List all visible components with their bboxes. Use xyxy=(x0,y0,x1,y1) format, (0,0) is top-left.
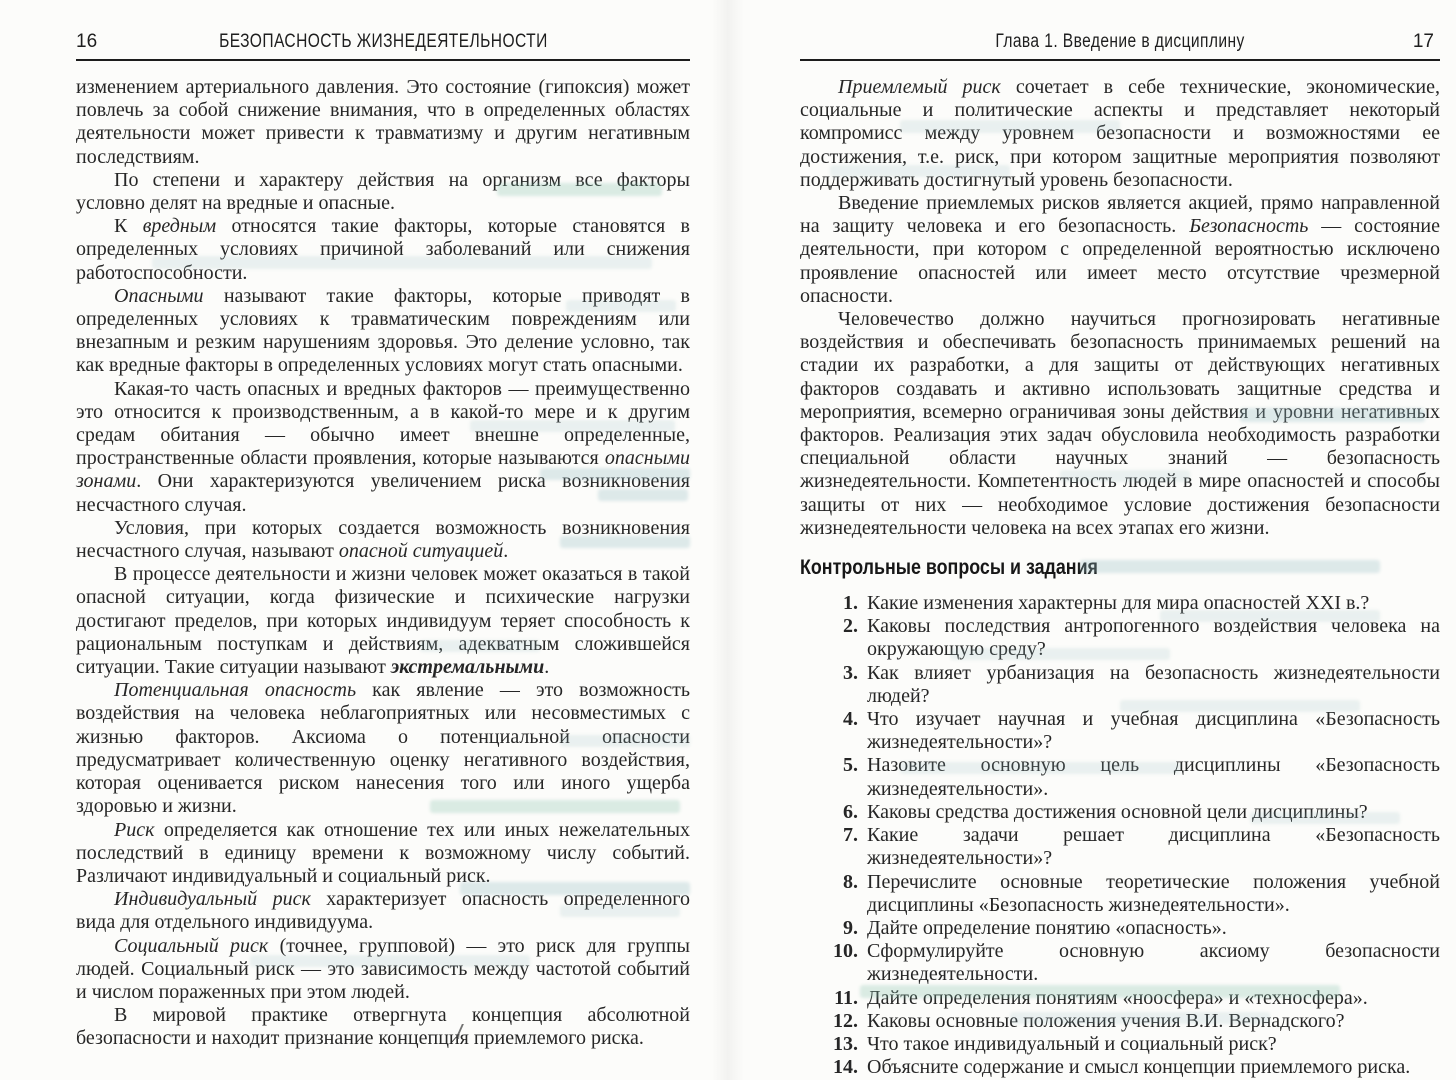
text-run: Потенциальная опасность xyxy=(114,679,356,701)
question-number: 13. xyxy=(824,1033,867,1056)
running-head-text: Глава 1. Введение в дисциплину xyxy=(995,30,1244,54)
questions-list: 1.Какие изменения характерны для мира оп… xyxy=(800,592,1440,1079)
question-text: Дайте определения понятиям «ноосфера» и … xyxy=(867,987,1440,1010)
question-item: 4.Что изучает научная и учебная дисципли… xyxy=(824,708,1440,754)
text-run: . xyxy=(503,540,508,562)
text-run: . xyxy=(544,656,549,678)
question-number: 4. xyxy=(824,708,867,754)
paragraph: Введение приемлемых рисков является акци… xyxy=(800,192,1440,308)
text-run: изменением артериального давления. Это с… xyxy=(76,76,690,168)
page-number-left: 16 xyxy=(76,30,97,54)
text-run: определяется как отношение тех или иных … xyxy=(76,819,690,887)
text-run: В процессе деятельности и жизни человек … xyxy=(76,563,690,678)
paragraph: По степени и характеру действия на орган… xyxy=(76,169,690,215)
running-head-title-left: БЕЗОПАСНОСТЬ ЖИЗНЕДЕЯТЕЛЬНОСТИ xyxy=(76,30,690,54)
text-run: По степени и характеру действия на орган… xyxy=(76,169,690,214)
question-item: 13.Что такое индивидуальный и социальный… xyxy=(824,1033,1440,1056)
question-text: Какие изменения характерны для мира опас… xyxy=(867,592,1440,615)
question-item: 14.Объясните содержание и смысл концепци… xyxy=(824,1056,1440,1079)
page-left: 16 БЕЗОПАСНОСТЬ ЖИЗНЕДЕЯТЕЛЬНОСТИ измене… xyxy=(0,0,728,1080)
question-item: 1.Какие изменения характерны для мира оп… xyxy=(824,592,1440,615)
book-spread: 16 БЕЗОПАСНОСТЬ ЖИЗНЕДЕЯТЕЛЬНОСТИ измене… xyxy=(0,0,1456,1080)
question-number: 7. xyxy=(824,824,867,870)
text-run: Опасными xyxy=(114,285,204,307)
question-text: Какие задачи решает дисциплина «Безопасн… xyxy=(867,824,1440,870)
question-number: 8. xyxy=(824,871,867,917)
header-rule-left xyxy=(76,59,690,61)
paragraph: Какая-то часть опасных и вредных факторо… xyxy=(76,378,690,517)
questions-heading: Контрольные вопросы и задания xyxy=(800,556,1440,580)
text-run: опасной ситуацией xyxy=(339,540,503,562)
paragraph: Индивидуальный риск характеризует опасно… xyxy=(76,888,690,934)
question-text: Каковы основные положения учения В.И. Ве… xyxy=(867,1010,1440,1033)
running-head-title-right: Глава 1. Введение в дисциплину xyxy=(800,30,1440,54)
text-run: Индивидуальный риск xyxy=(114,888,311,910)
paragraph: Приемлемый риск сочетает в себе техничес… xyxy=(800,76,1440,192)
question-number: 9. xyxy=(824,917,867,940)
running-head-text: БЕЗОПАСНОСТЬ ЖИЗНЕДЕЯТЕЛЬНОСТИ xyxy=(219,30,548,54)
text-run: В мировой практике отвергнута концепция … xyxy=(76,1004,690,1049)
questions-heading-text: Контрольные вопросы и задания xyxy=(800,556,1098,580)
body-text-left: изменением артериального давления. Это с… xyxy=(76,76,690,1051)
question-item: 3.Как влияет урбанизация на безопасность… xyxy=(824,662,1440,708)
question-item: 6.Каковы средства достижения основной це… xyxy=(824,801,1440,824)
text-run: Безопасность xyxy=(1189,215,1308,237)
paragraph: Социальный риск (точнее, групповой) — эт… xyxy=(76,935,690,1005)
question-text: Дайте определение понятию «опасность». xyxy=(867,917,1440,940)
paragraph: Человечество должно научиться прогнозиро… xyxy=(800,308,1440,540)
paragraph: Опасными называют такие факторы, которые… xyxy=(76,285,690,378)
question-text: Каковы последствия антропогенного воздей… xyxy=(867,615,1440,661)
question-item: 12.Каковы основные положения учения В.И.… xyxy=(824,1010,1440,1033)
question-number: 11. xyxy=(824,987,867,1010)
question-number: 1. xyxy=(824,592,867,615)
text-run: Человечество должно научиться прогнозиро… xyxy=(800,308,1440,539)
question-number: 3. xyxy=(824,662,867,708)
header-rule-right xyxy=(800,59,1440,61)
question-item: 9.Дайте определение понятию «опасность». xyxy=(824,917,1440,940)
question-item: 5.Назовите основную цель дисциплины «Без… xyxy=(824,754,1440,800)
question-item: 8.Перечислите основные теоретические пол… xyxy=(824,871,1440,917)
paragraph: Условия, при которых создается возможнос… xyxy=(76,517,690,563)
text-run: К xyxy=(114,215,143,237)
text-run: Социальный риск xyxy=(114,935,268,957)
question-number: 14. xyxy=(824,1056,867,1079)
question-item: 10.Сформулируйте основную аксиому безопа… xyxy=(824,940,1440,986)
text-run: Риск xyxy=(114,819,154,841)
question-number: 5. xyxy=(824,754,867,800)
question-text: Перечислите основные теоретические полож… xyxy=(867,871,1440,917)
question-item: 7.Какие задачи решает дисциплина «Безопа… xyxy=(824,824,1440,870)
text-run: . Они характеризуются увеличением риска … xyxy=(76,470,690,515)
page-right: 17 Глава 1. Введение в дисциплину Приемл… xyxy=(728,0,1456,1080)
question-number: 12. xyxy=(824,1010,867,1033)
question-text: Как влияет урбанизация на безопасность ж… xyxy=(867,662,1440,708)
running-head-right: 17 Глава 1. Введение в дисциплину xyxy=(800,30,1440,54)
question-number: 6. xyxy=(824,801,867,824)
body-text-right: Приемлемый риск сочетает в себе техничес… xyxy=(800,76,1440,540)
paragraph: Риск определяется как отношение тех или … xyxy=(76,819,690,889)
text-run: Приемлемый риск xyxy=(838,76,1001,98)
text-run: Какая-то часть опасных и вредных факторо… xyxy=(76,378,690,470)
text-run: вредным xyxy=(143,215,216,237)
text-run: экстремальными xyxy=(391,656,544,678)
running-head-left: 16 БЕЗОПАСНОСТЬ ЖИЗНЕДЕЯТЕЛЬНОСТИ xyxy=(76,30,690,54)
question-item: 2.Каковы последствия антропогенного возд… xyxy=(824,615,1440,661)
paragraph: К вредным относятся такие факторы, котор… xyxy=(76,215,690,285)
paragraph: изменением артериального давления. Это с… xyxy=(76,76,690,169)
question-item: 11.Дайте определения понятиям «ноосфера»… xyxy=(824,987,1440,1010)
question-text: Сформулируйте основную аксиому безопасно… xyxy=(867,940,1440,986)
question-text: Объясните содержание и смысл концепции п… xyxy=(867,1056,1440,1079)
question-text: Каковы средства достижения основной цели… xyxy=(867,801,1440,824)
paragraph: В процессе деятельности и жизни человек … xyxy=(76,563,690,679)
page-number-right: 17 xyxy=(1413,30,1434,54)
question-text: Что изучает научная и учебная дисциплина… xyxy=(867,708,1440,754)
paragraph: Потенциальная опасность как явление — эт… xyxy=(76,679,690,818)
question-text: Назовите основную цель дисциплины «Безоп… xyxy=(867,754,1440,800)
question-text: Что такое индивидуальный и социальный ри… xyxy=(867,1033,1440,1056)
question-number: 2. xyxy=(824,615,867,661)
question-number: 10. xyxy=(824,940,867,986)
paragraph: В мировой практике отвергнута концепция … xyxy=(76,1004,690,1050)
